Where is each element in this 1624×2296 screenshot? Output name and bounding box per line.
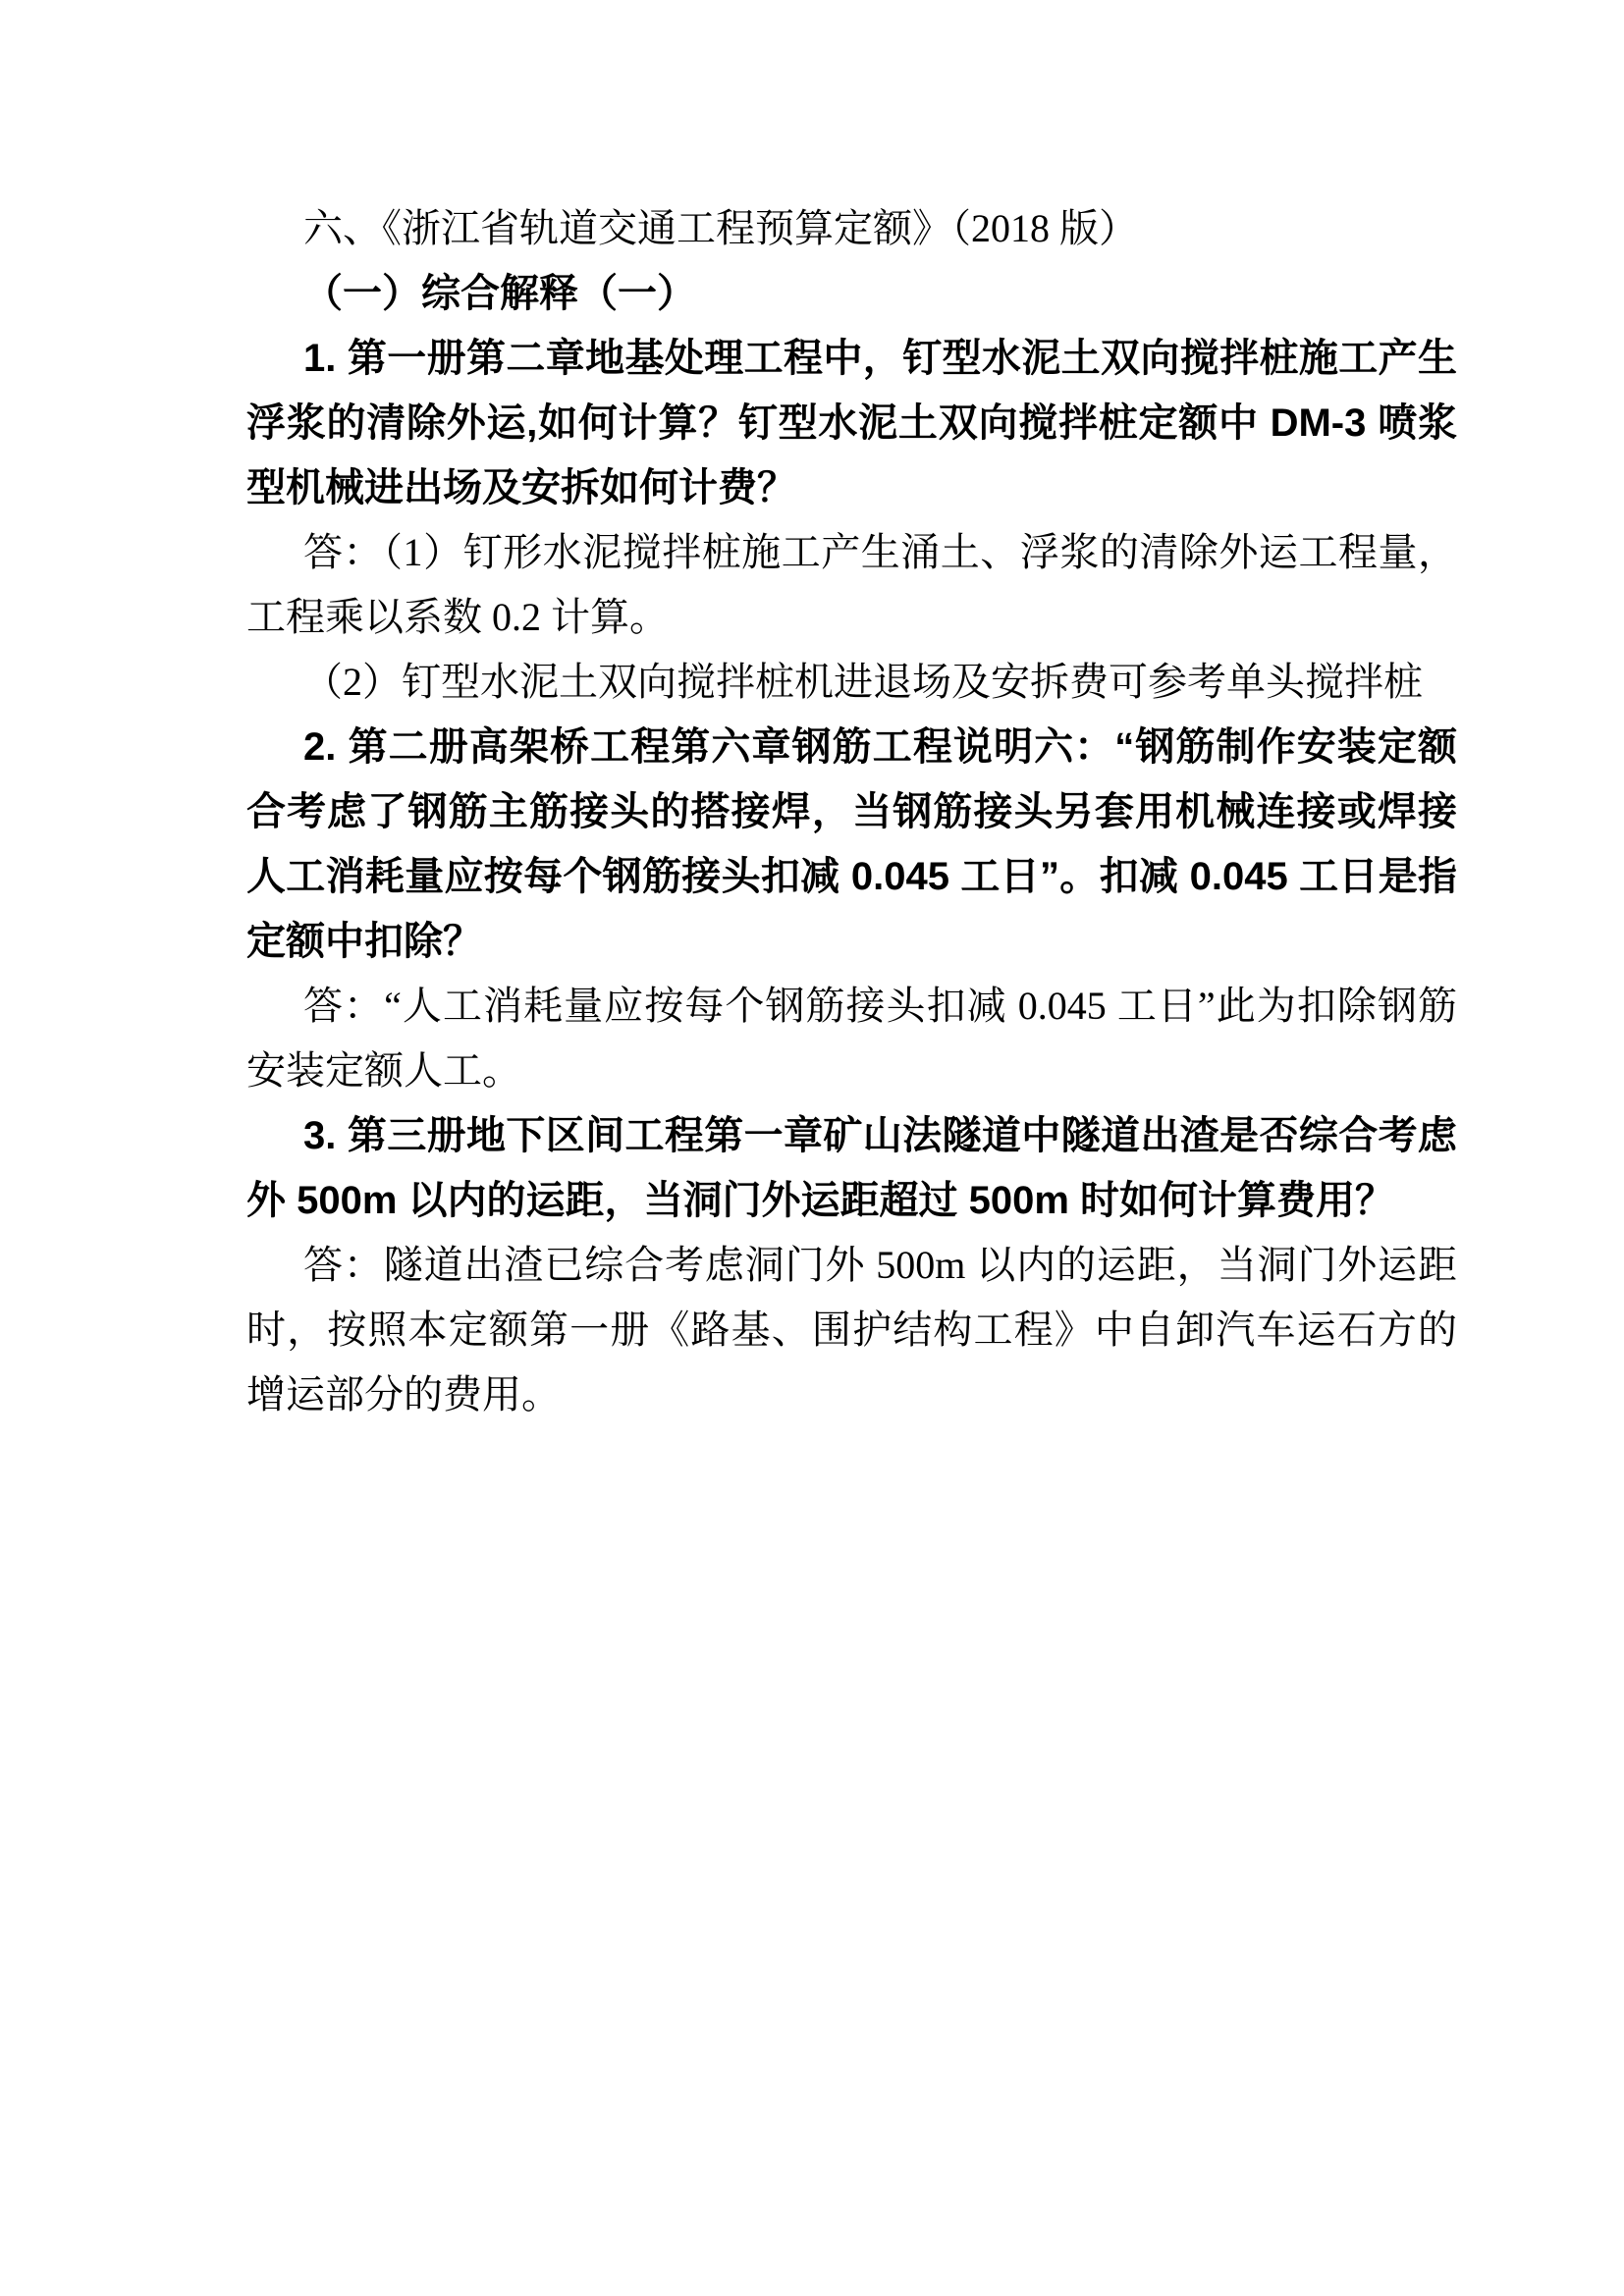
question-3-line-1: 3. 第三册地下区间工程第一章矿山法隧道中隧道出渣是否综合考虑了洞门 (246, 1103, 1457, 1168)
document-content: 六、《浙江省轨道交通工程预算定额》（2018 版） （一）综合解释（一） 1. … (246, 196, 1457, 1427)
question-1-line-1: 1. 第一册第二章地基处理工程中，钉型水泥土双向搅拌桩施工产生涌土、 (246, 326, 1457, 391)
question-1-line-2: 浮浆的清除外运,如何计算？钉型水泥土双向搅拌桩定额中 DM-3 喷浆搅拌机大 (246, 391, 1457, 455)
answer-3-line-3: 增运部分的费用。 (246, 1362, 1457, 1427)
document-page: 六、《浙江省轨道交通工程预算定额》（2018 版） （一）综合解释（一） 1. … (0, 0, 1624, 2296)
section-title: （一）综合解释（一） (246, 261, 1457, 326)
answer-1-part-1-line-1: 答：（1）钉形水泥搅拌桩施工产生涌土、浮浆的清除外运工程量，按成桩 (246, 520, 1457, 585)
answer-2-line-1: 答：“人工消耗量应按每个钢筋接头扣减 0.045 工日”此为扣除钢筋制作、 (246, 974, 1457, 1039)
chapter-heading: 六、《浙江省轨道交通工程预算定额》（2018 版） (246, 196, 1457, 261)
question-2-line-2: 合考虑了钢筋主筋接头的搭接焊，当钢筋接头另套用机械连接或焊接定额时， (246, 779, 1457, 844)
question-2-line-4: 定额中扣除？ (246, 909, 1457, 974)
question-1-line-3: 型机械进出场及安拆如何计费？ (246, 455, 1457, 520)
answer-2-line-2: 安装定额人工。 (246, 1039, 1457, 1103)
answer-1-part-1-line-2: 工程乘以系数 0.2 计算。 (246, 585, 1457, 650)
question-3-line-2: 外 500m 以内的运距，当洞门外运距超过 500m 时如何计算费用？ (246, 1168, 1457, 1233)
answer-1-part-2-line-1: （2）钉型水泥土双向搅拌桩机进退场及安拆费可参考单头搅拌桩机计取。 (246, 650, 1457, 715)
question-2-line-3: 人工消耗量应按每个钢筋接头扣减 0.045 工日”。扣减 0.045 工日是指在… (246, 844, 1457, 909)
answer-3-line-2: 时，按照本定额第一册《路基、围护结构工程》中自卸汽车运石方的定额计算 (246, 1298, 1457, 1362)
question-2-line-1: 2. 第二册高架桥工程第六章钢筋工程说明六：“钢筋制作安装定额中已综 (246, 715, 1457, 779)
answer-3-line-1: 答：隧道出渣已综合考虑洞门外 500m 以内的运距，当洞门外运距超过 500m (246, 1233, 1457, 1298)
